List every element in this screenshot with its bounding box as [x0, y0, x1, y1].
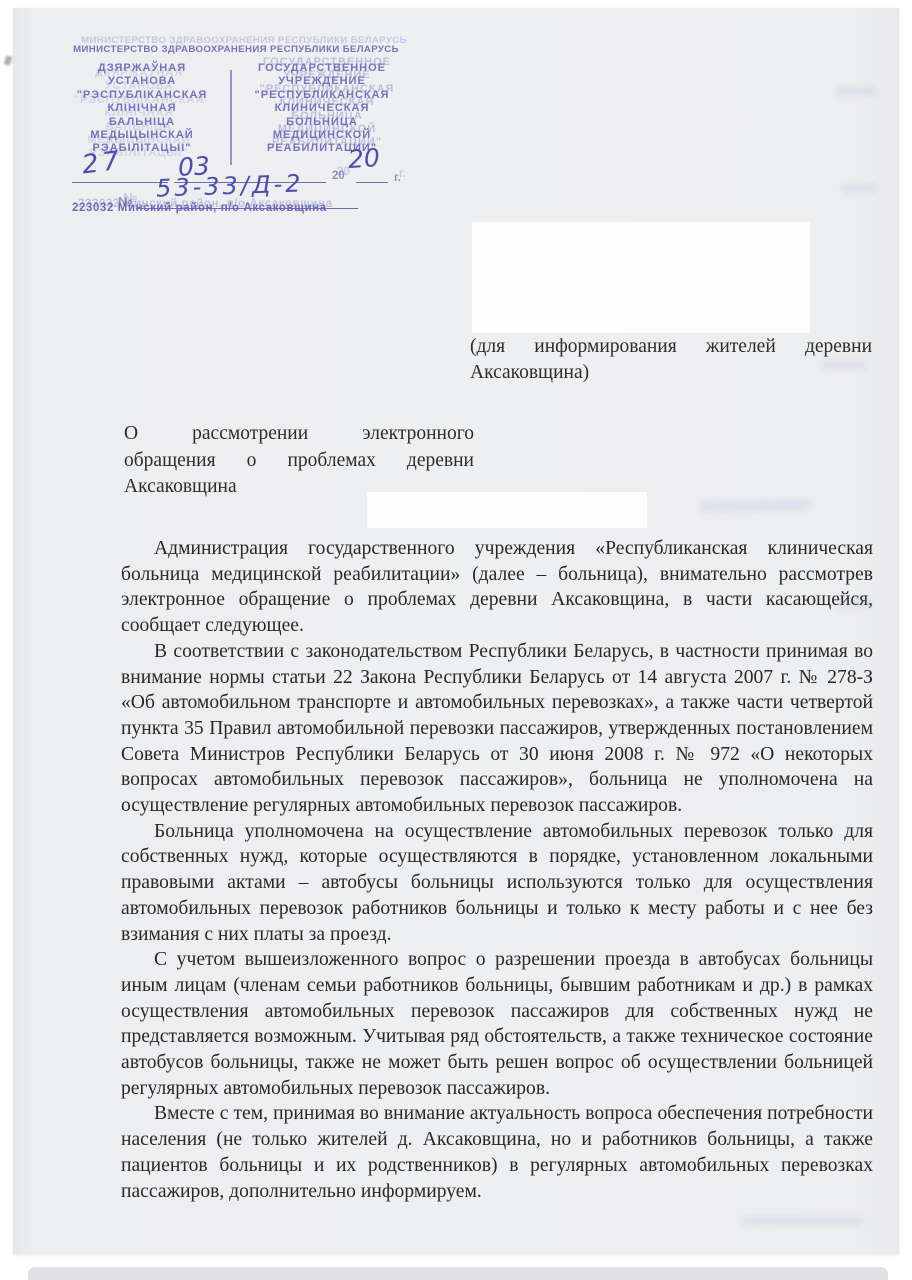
scan-artifact — [4, 55, 13, 66]
bleed-through-mark — [842, 184, 876, 193]
body-paragraph: Вместе с тем, принимая во внимание актуа… — [121, 1101, 873, 1204]
handwritten-day: 27 — [80, 146, 124, 181]
letter-body: Администрация государственного учреждени… — [121, 536, 873, 1204]
subject-line: обращения о проблемах деревни — [124, 448, 474, 475]
subject-line: О рассмотрении электронного — [124, 421, 474, 448]
handwritten-year: 20 — [347, 143, 381, 174]
stamp-column-russian: ГОСУДАРСТВЕННОЕУЧРЕЖДЕНИЕ"РЕСПУБЛИКАНСКА… — [234, 62, 410, 156]
stamp-printed-year: 20 — [332, 170, 345, 182]
body-paragraph: В соответствии с законодательством Респу… — [121, 639, 873, 819]
bleed-through-mark — [836, 598, 872, 608]
stamp-year-suffix: г. — [394, 172, 401, 184]
recipient-note-line: (для информирования жителей деревни — [470, 334, 872, 360]
letter-subject: О рассмотрении электронногообращения о п… — [124, 421, 474, 501]
stamp-line: БАЛЬНІЦА — [60, 116, 224, 129]
subject-line: Аксаковщина — [124, 474, 474, 501]
stamp-ministry-line: МИНИСТЕРСТВО ЗДРАВООХРАНЕНИЯ РЕСПУБЛИКИ … — [60, 44, 412, 55]
stamp-line: РЕАБИЛИТАЦИИ" — [234, 142, 410, 155]
next-page-edge — [28, 1267, 888, 1280]
stamp-line: КЛИНИЧЕСКАЯ — [234, 102, 410, 115]
stamp-line: ГОСУДАРСТВЕННОЕ — [234, 62, 410, 75]
recipient-note-line: Аксаковщина) — [470, 360, 872, 386]
stamp-column-belarusian: ДЗЯРЖАЎНАЯУСТАНОВА"РЭСПУБЛІКАНСКАЯКЛІНІЧ… — [60, 62, 224, 156]
stamp-line: МЕДИЦИНСКОЙ — [234, 129, 410, 142]
stamp-line: БОЛЬНИЦА — [234, 116, 410, 129]
stamp-line: МЕДЫЦЫНСКАЙ — [60, 129, 224, 142]
bleed-through-mark — [700, 499, 810, 513]
body-paragraph: Администрация государственного учреждени… — [121, 536, 873, 639]
handwritten-outgoing-number: 53-33/Д-2 — [156, 169, 304, 202]
body-paragraph: Больница уполномочена на осуществление а… — [121, 819, 873, 948]
stamp-line: УЧРЕЖДЕНИЕ — [234, 75, 410, 88]
recipient-note: (для информирования жителей деревниАксак… — [470, 334, 872, 386]
official-stamp: МИНИСТЕРСТВО ЗДРАВООХРАНЕНИЯ РЕСПУБЛИКИ … — [60, 44, 412, 224]
stamp-line: УСТАНОВА — [60, 75, 224, 88]
stamp-line: "РЭСПУБЛІКАНСКАЯ — [60, 89, 224, 102]
bleed-through-mark — [742, 1216, 862, 1226]
stamp-line: ДЗЯРЖАЎНАЯ — [60, 62, 224, 75]
stamp-blank-line — [356, 182, 388, 183]
stamp-line: "РЕСПУБЛИКАНСКАЯ — [234, 89, 410, 102]
redacted-recipient-block — [472, 222, 810, 333]
body-paragraph: С учетом вышеизложенного вопрос о разреш… — [121, 947, 873, 1101]
bleed-through-mark — [822, 360, 866, 370]
scanned-letter: МИНИСТЕРСТВО ЗДРАВООХРАНЕНИЯ РЕСПУБЛИКИ … — [0, 0, 912, 1280]
stamp-columns: ДЗЯРЖАЎНАЯУСТАНОВА"РЭСПУБЛІКАНСКАЯКЛІНІЧ… — [60, 62, 412, 156]
bleed-through-mark — [836, 86, 876, 96]
stamp-divider-line — [230, 70, 232, 165]
stamp-address: 223032 Минский район, п/о Аксаковщина — [72, 202, 417, 214]
stamp-line: КЛІНІЧНАЯ — [60, 102, 224, 115]
stamp-blank-line — [72, 182, 168, 183]
